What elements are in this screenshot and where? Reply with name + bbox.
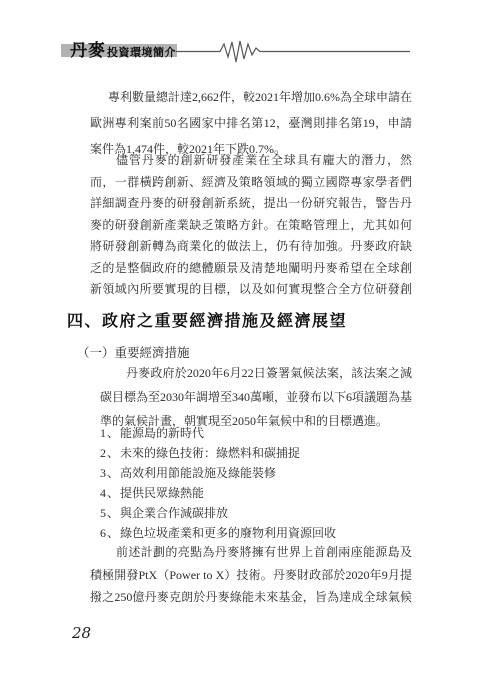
climate-list-item: 1、能源島的新時代: [100, 423, 412, 443]
list-item-marker: 3、: [100, 466, 120, 480]
list-item-label: 能源島的新時代: [120, 426, 204, 440]
header-title-sub: 投資環境簡介: [107, 44, 176, 60]
list-item-label: 提供民眾綠熱能: [120, 486, 204, 500]
page-number: 28: [72, 624, 91, 642]
climate-plan-list: 1、能源島的新時代 2、未來的綠色技術：綠燃料和碳捕捉 3、高效利用節能設施及綠…: [100, 423, 412, 543]
climate-list-item: 2、未來的綠色技術：綠燃料和碳捕捉: [100, 443, 412, 463]
heartbeat-pulse-line-icon: [176, 39, 412, 65]
climate-list-item: 6、綠色垃圾產業和更多的廢物利用資源回收: [100, 523, 412, 543]
list-item-marker: 6、: [100, 526, 120, 540]
climate-list-item: 5、與企業合作減碳排放: [100, 503, 412, 523]
list-item-marker: 2、: [100, 446, 120, 460]
section-heading: 四、政府之重要經濟措施及經濟展望: [67, 308, 347, 331]
list-item-marker: 4、: [100, 486, 120, 500]
page-header-title: 丹麥 投資環境簡介: [70, 36, 176, 61]
list-item-label: 與企業合作減碳排放: [120, 506, 228, 520]
subsection-heading: （一）重要經濟措施: [77, 343, 190, 361]
paragraph-energy-islands: 前述計劃的亮點為丹麥將擁有世界上首創兩座能源島及積極開發PtX（Power to…: [90, 541, 412, 611]
header-title-main: 丹麥: [70, 36, 106, 61]
climate-list-item: 4、提供民眾綠熱能: [100, 483, 412, 503]
list-item-label: 綠色垃圾產業和更多的廢物利用資源回收: [120, 526, 336, 540]
paragraph-innovation: 儘管丹麥的創新研發產業在全球具有龐大的潛力，然而，一群橫跨創新、經濟及策略領域的…: [90, 150, 412, 303]
list-item-marker: 5、: [100, 506, 120, 520]
list-item-marker: 1、: [100, 426, 120, 440]
list-item-label: 高效利用節能設施及綠能裝修: [120, 466, 276, 480]
document-page: 丹麥 投資環境簡介 專利數量總計達2,662件，較2021年增加0.6%為全球申…: [0, 0, 480, 679]
climate-list-item: 3、高效利用節能設施及綠能裝修: [100, 463, 412, 483]
list-item-label: 未來的綠色技術：綠燃料和碳捕捉: [120, 446, 300, 460]
